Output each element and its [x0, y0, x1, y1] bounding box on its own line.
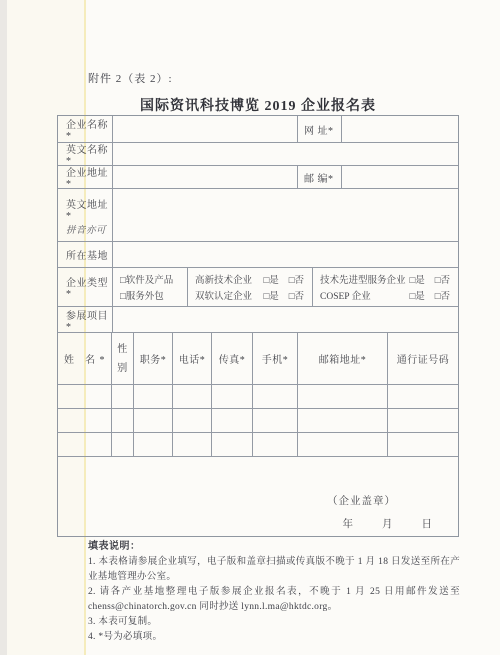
empty-cell: [388, 433, 458, 456]
company-type-label: 企业类型*: [58, 268, 113, 306]
website-field: [342, 116, 458, 142]
software-products-option: □软件及产品: [113, 272, 187, 286]
adv-service-option: 技术先进型服务企业 □是 □否: [313, 272, 458, 286]
cosep-yes-no: □是 □否: [410, 288, 451, 302]
empty-cell: [298, 433, 388, 456]
instruction-item-3: 3. 本表可复制。: [88, 615, 460, 630]
attachment-label: 附件 2（表 2）:: [88, 70, 173, 86]
adv-service-no-checkbox: □否: [435, 272, 450, 286]
address-field: [113, 166, 298, 188]
company-name-label: 企业名称*: [58, 116, 113, 142]
exhibition-items-label: 参展项目*: [58, 307, 113, 332]
empty-cell: [388, 385, 458, 408]
instruction-item-4: 4. *号为必填项。: [88, 630, 460, 645]
empty-cell: [253, 433, 298, 456]
english-address-hint: 拼音亦可: [66, 222, 106, 236]
empty-cell: [112, 433, 134, 456]
contact-header-position: 职务*: [134, 333, 173, 384]
empty-cell: [134, 433, 173, 456]
address-label: 企业地址*: [58, 166, 113, 188]
double-soft-label: 双软认定企业: [195, 288, 252, 302]
instruction-item-2: 2. 请各产业基地整理电子版参展企业报名表，不晚于 1 月 25 日用邮件发送至…: [88, 585, 460, 615]
row-exhibition-items: 参展项目*: [58, 307, 458, 333]
double-soft-yes-no: □是 □否: [264, 288, 305, 302]
registration-form-table: 企业名称* 网 址* 英文名称* 企业地址* 邮 编* 英文地址* 拼音亦可 所…: [57, 115, 459, 537]
contact-header-gender-text: 性别: [117, 340, 129, 378]
hightech-yes-checkbox: □是: [264, 272, 279, 286]
cosep-yes-checkbox: □是: [410, 288, 425, 302]
empty-cell: [388, 409, 458, 432]
filling-instructions: 填表说明： 1. 本表格请参展企业填写，电子版和盖章扫描或传真版不晚于 1 月 …: [88, 539, 460, 645]
cosep-label: COSEP 企业: [320, 288, 371, 302]
empty-cell: [212, 433, 253, 456]
empty-cell: [173, 385, 212, 408]
english-address-label-text: 英文地址*: [66, 196, 112, 222]
stamp-row: （企业盖章） 年 月 日: [58, 457, 458, 536]
double-soft-no-checkbox: □否: [289, 288, 304, 302]
empty-cell: [298, 385, 388, 408]
hightech-no-checkbox: □否: [289, 272, 304, 286]
row-company-type: 企业类型* □软件及产品 □服务外包 高新技术企业 □是 □否 双软认定企业 □…: [58, 268, 458, 307]
date-line: 年 月 日: [343, 516, 433, 531]
postal-code-label: 邮 编*: [298, 166, 342, 188]
double-soft-option: 双软认定企业 □是 □否: [188, 288, 312, 302]
empty-cell: [173, 409, 212, 432]
contact-header-name-text: 姓 名*: [58, 351, 111, 366]
date-year-label: 年: [343, 516, 354, 531]
hightech-label: 高新技术企业: [195, 272, 252, 286]
empty-cell: [253, 409, 298, 432]
empty-cell: [212, 409, 253, 432]
company-type-group-3: 技术先进型服务企业 □是 □否 COSEP 企业 □是 □否: [313, 268, 458, 306]
software-products-checkbox-label: □软件及产品: [120, 272, 173, 286]
empty-cell: [253, 385, 298, 408]
company-type-group-2: 高新技术企业 □是 □否 双软认定企业 □是 □否: [188, 268, 313, 306]
contact-header-row: 姓 名* 性别 职务* 电话* 传真* 手机* 邮箱地址* 通行证号码: [58, 333, 458, 385]
row-base: 所在基地: [58, 242, 458, 268]
company-type-group-1: □软件及产品 □服务外包: [113, 268, 188, 306]
english-address-label: 英文地址* 拼音亦可: [58, 189, 113, 241]
empty-cell: [134, 409, 173, 432]
adv-service-yes-no: □是 □否: [410, 272, 451, 286]
instruction-item-1: 1. 本表格请参展企业填写，电子版和盖章扫描或传真版不晚于 1 月 18 日发送…: [88, 555, 460, 585]
empty-cell: [298, 409, 388, 432]
empty-cell: [58, 433, 112, 456]
row-english-address: 英文地址* 拼音亦可: [58, 189, 458, 242]
postal-code-field: [342, 166, 458, 188]
hightech-yes-no: □是 □否: [264, 272, 305, 286]
adv-service-label: 技术先进型服务企业: [320, 272, 406, 286]
stamp-area: （企业盖章） 年 月 日: [58, 457, 458, 536]
company-name-field: [113, 116, 298, 142]
empty-cell: [112, 409, 134, 432]
empty-cell: [134, 385, 173, 408]
adv-service-yes-checkbox: □是: [410, 272, 425, 286]
base-label: 所在基地: [58, 242, 113, 267]
website-label: 网 址*: [298, 116, 342, 142]
row-company-name: 企业名称* 网 址*: [58, 116, 458, 143]
service-outsourcing-checkbox-label: □服务外包: [120, 288, 164, 302]
contact-header-fax: 传真*: [212, 333, 253, 384]
empty-cell: [212, 385, 253, 408]
contact-header-phone: 电话*: [173, 333, 212, 384]
empty-cell: [58, 385, 112, 408]
cosep-no-checkbox: □否: [435, 288, 450, 302]
cosep-option: COSEP 企业 □是 □否: [313, 288, 458, 302]
english-address-field: [113, 189, 458, 241]
english-name-field: [113, 143, 458, 165]
contact-header-gender: 性别: [112, 333, 134, 384]
contact-empty-row: [58, 409, 458, 433]
contact-header-mobile: 手机*: [253, 333, 298, 384]
date-day-label: 日: [422, 516, 433, 531]
exhibition-items-field: [113, 307, 458, 332]
instructions-heading: 填表说明：: [88, 539, 460, 554]
empty-cell: [173, 433, 212, 456]
contact-header-name: 姓 名*: [58, 333, 112, 384]
row-english-name: 英文名称*: [58, 143, 458, 166]
english-name-label: 英文名称*: [58, 143, 113, 165]
double-soft-yes-checkbox: □是: [264, 288, 279, 302]
contact-header-email: 邮箱地址*: [298, 333, 388, 384]
hightech-option: 高新技术企业 □是 □否: [188, 272, 312, 286]
contact-empty-row: [58, 385, 458, 409]
service-outsourcing-option: □服务外包: [113, 288, 187, 302]
row-address: 企业地址* 邮 编*: [58, 166, 458, 189]
contact-header-pass-number: 通行证号码: [388, 333, 458, 384]
page-title: 国际资讯科技博览 2019 企业报名表: [57, 95, 459, 115]
empty-cell: [58, 409, 112, 432]
empty-cell: [112, 385, 134, 408]
base-field: [113, 242, 458, 267]
contact-empty-row: [58, 433, 458, 457]
date-month-label: 月: [382, 516, 393, 531]
scan-edge-shadow: [0, 0, 7, 655]
company-stamp-note: （企业盖章）: [327, 493, 396, 508]
